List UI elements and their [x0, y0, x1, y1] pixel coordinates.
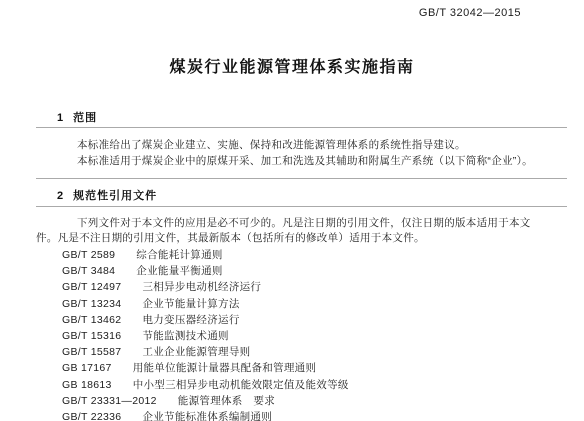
reference-title: 中小型三相异步电动机能效限定值及能效等级 [133, 379, 349, 391]
reference-code: GB/T 15587 [62, 344, 121, 360]
reference-title: 能源管理体系 要求 [178, 395, 275, 407]
reference-code: GB/T 13462 [62, 312, 121, 328]
reference-title: 电力变压器经济运行 [142, 314, 239, 326]
scope-paragraph-2: 本标准适用于煤炭企业中的原煤开采、加工和洗选及其辅助和附属生产系统（以下简称“企… [36, 155, 558, 168]
section-2-number: 2 [57, 190, 64, 202]
reference-title: 三相异步电动机经济运行 [142, 281, 261, 293]
reference-item: GB/T 13462电力变压器经济运行 [62, 312, 564, 328]
reference-list: GB/T 2589综合能耗计算通则GB/T 3484企业能量平衡通则GB/T 1… [62, 247, 564, 421]
reference-title: 综合能耗计算通则 [136, 249, 222, 261]
document-title: 煤炭行业能源管理体系实施指南 [0, 54, 584, 77]
reference-item: GB/T 13234企业节能量计算方法 [62, 296, 564, 312]
reference-title: 企业节能量计算方法 [142, 298, 239, 310]
reference-item: GB 18613中小型三相异步电动机能效限定值及能效等级 [62, 377, 564, 393]
reference-item: GB/T 23331—2012能源管理体系 要求 [62, 393, 564, 409]
reference-code: GB/T 15316 [62, 328, 121, 344]
divider [36, 206, 567, 207]
divider [36, 178, 567, 179]
reference-code: GB 17167 [62, 360, 112, 376]
reference-item: GB 17167用能单位能源计量器具配备和管理通则 [62, 360, 564, 376]
section-1-title: 范围 [73, 112, 97, 124]
section-2-heading: 2规范性引用文件 [57, 187, 157, 203]
reference-title: 企业节能标准体系编制通则 [142, 411, 272, 421]
scope-paragraph-1: 本标准给出了煤炭企业建立、实施、保持和改进能源管理体系的系统性指导建议。 [36, 139, 558, 152]
reference-item: GB/T 2589综合能耗计算通则 [62, 247, 564, 263]
reference-code: GB/T 12497 [62, 279, 121, 295]
references-intro-line-2: 件。凡是不注日期的引用文件，其最新版本（包括所有的修改单）适用于本文件。 [36, 232, 558, 245]
section-1-heading: 1范围 [57, 109, 97, 125]
reference-code: GB/T 22336 [62, 409, 121, 421]
reference-title: 企业能量平衡通则 [136, 265, 222, 277]
reference-code: GB/T 23331—2012 [62, 393, 157, 409]
reference-item: GB/T 22336企业节能标准体系编制通则 [62, 409, 564, 421]
reference-item: GB/T 12497三相异步电动机经济运行 [62, 279, 564, 295]
reference-item: GB/T 15316节能监测技术通则 [62, 328, 564, 344]
reference-code: GB 18613 [62, 377, 112, 393]
reference-title: 节能监测技术通则 [142, 330, 228, 342]
document-page: GB/T 32042—2015 煤炭行业能源管理体系实施指南 1范围 本标准给出… [0, 0, 584, 421]
reference-title: 用能单位能源计量器具配备和管理通则 [133, 362, 317, 374]
reference-code: GB/T 13234 [62, 296, 121, 312]
standard-code: GB/T 32042—2015 [419, 7, 521, 19]
section-2-title: 规范性引用文件 [73, 190, 157, 202]
section-1-number: 1 [57, 112, 64, 124]
references-intro-line-1: 下列文件对于本文件的应用是必不可少的。凡是注日期的引用文件，仅注日期的版本适用于… [36, 217, 558, 230]
divider [36, 127, 567, 128]
reference-code: GB/T 2589 [62, 247, 115, 263]
reference-title: 工业企业能源管理导则 [142, 346, 250, 358]
reference-code: GB/T 3484 [62, 263, 115, 279]
reference-item: GB/T 3484企业能量平衡通则 [62, 263, 564, 279]
reference-item: GB/T 15587工业企业能源管理导则 [62, 344, 564, 360]
